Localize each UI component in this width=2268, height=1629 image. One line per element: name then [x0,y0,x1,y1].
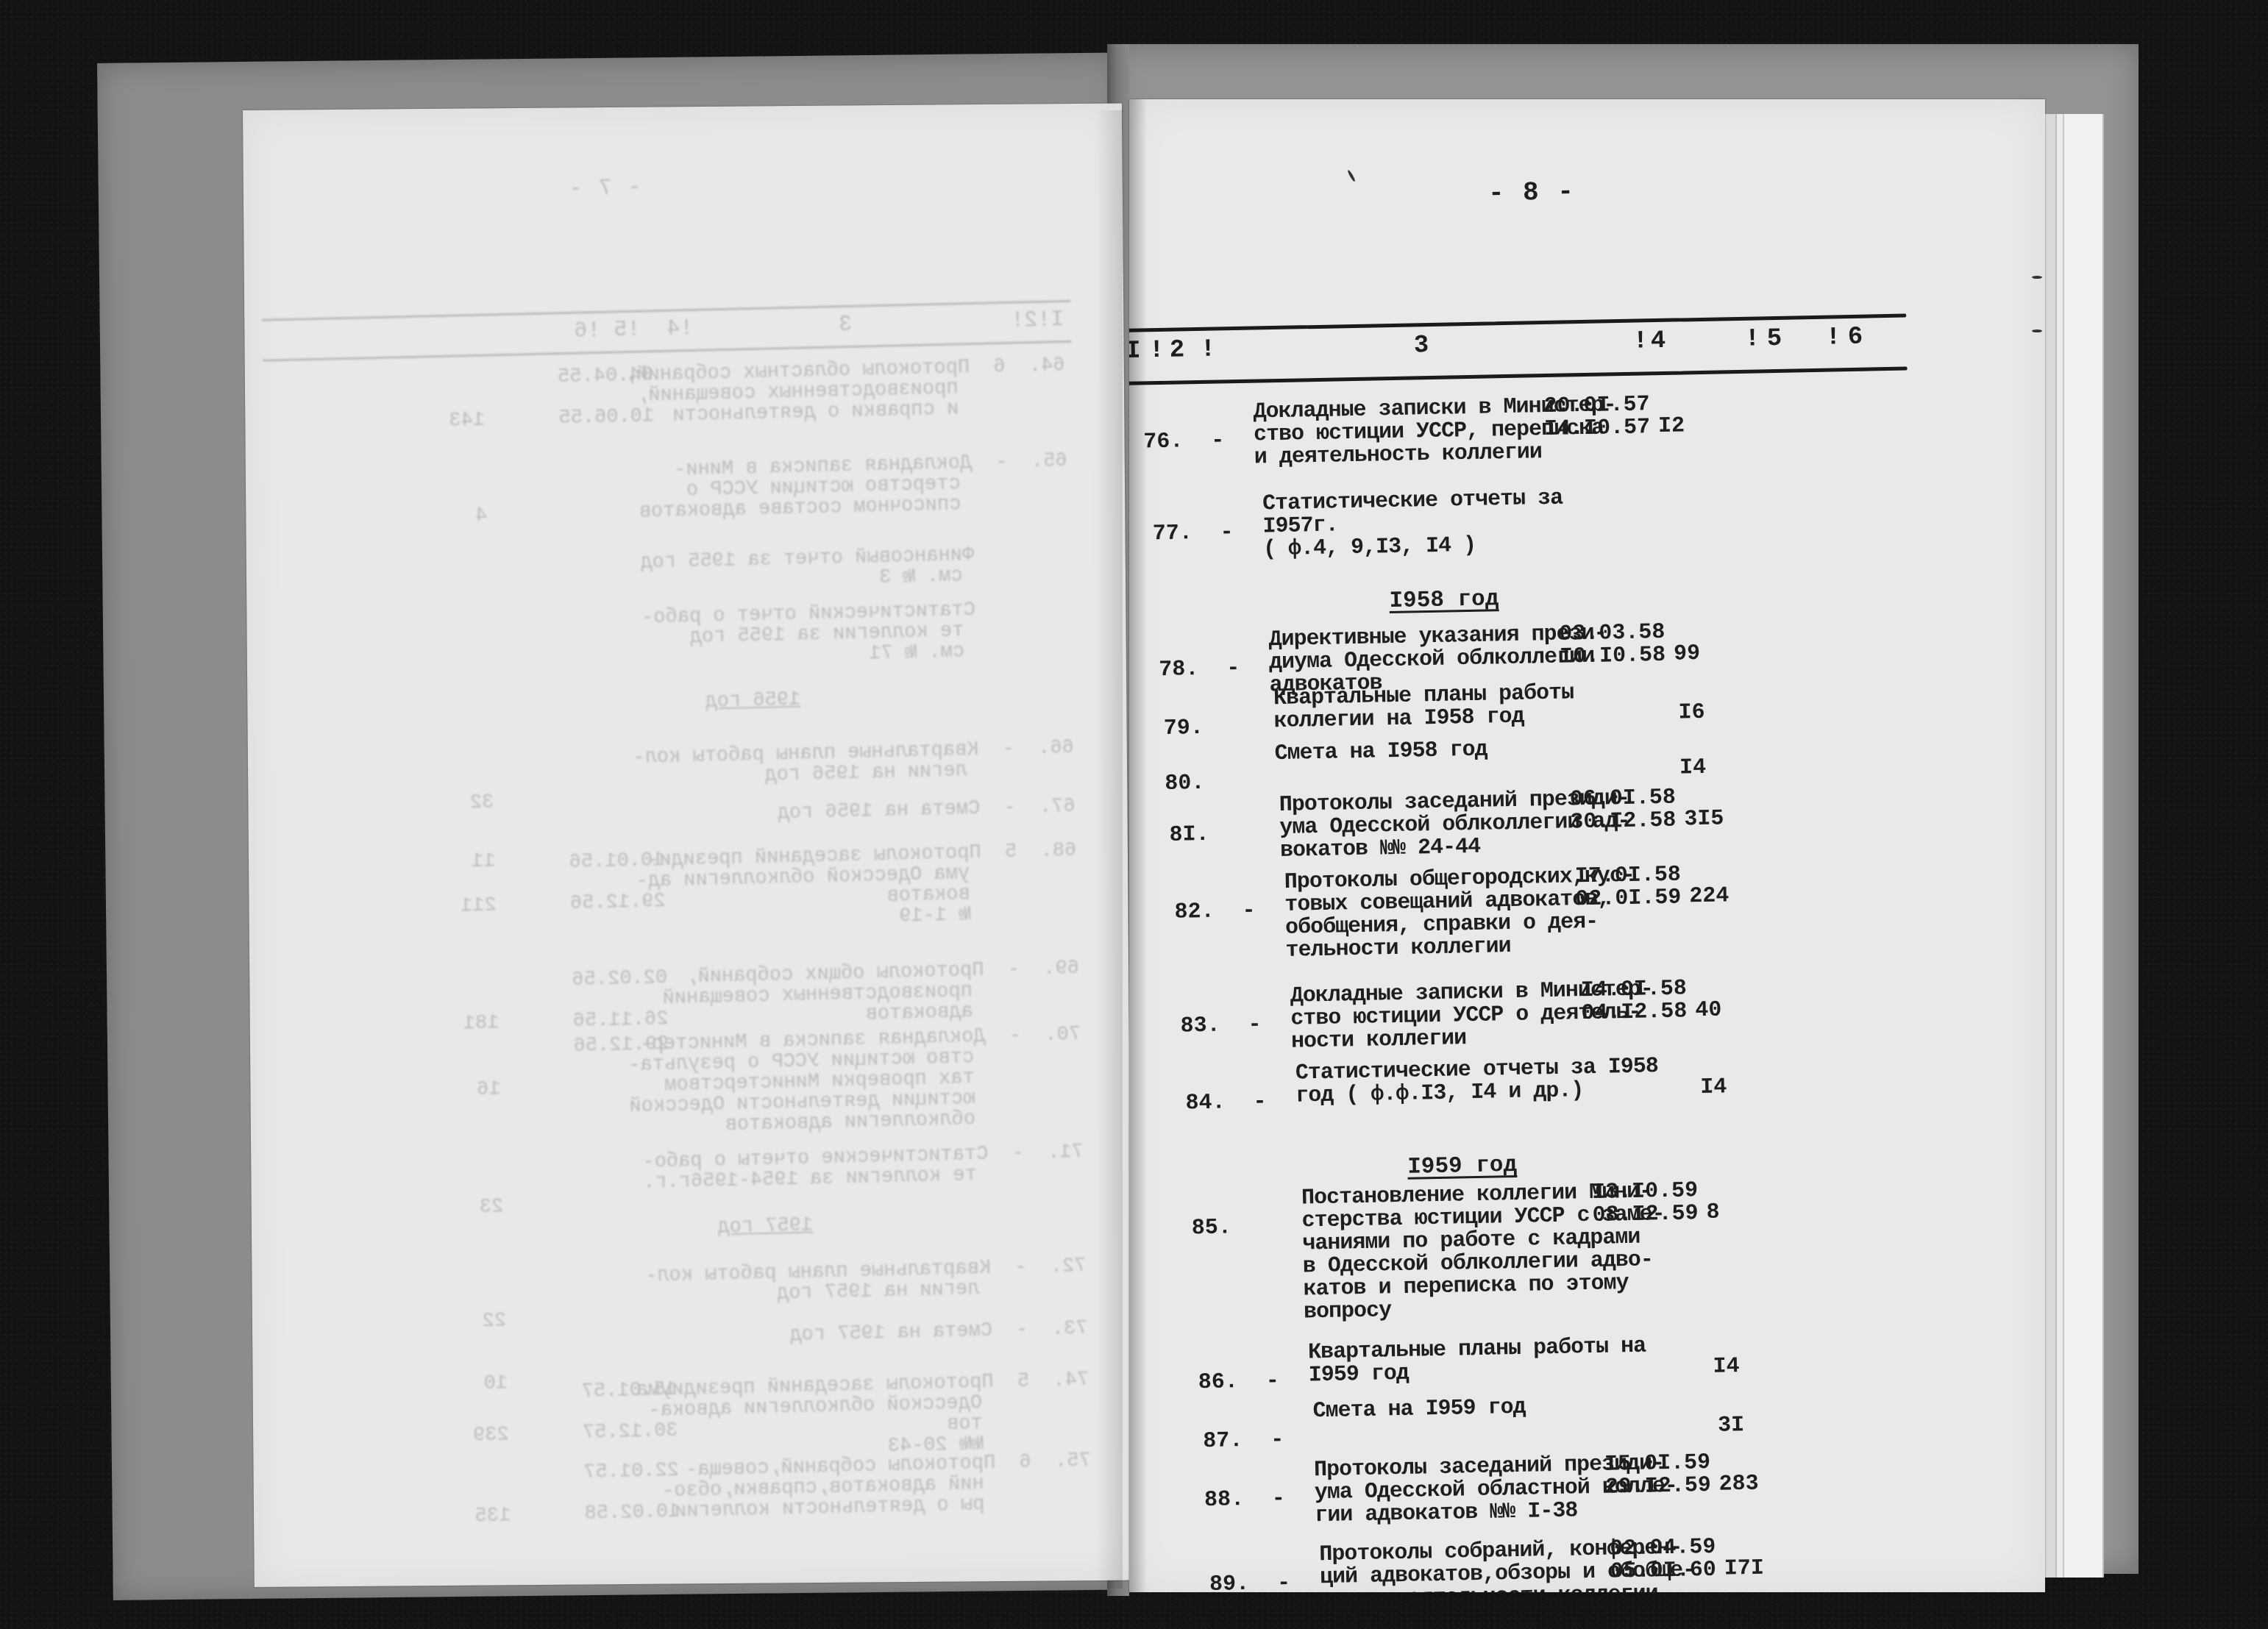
inventory-row: 75. 6 Протоколы собраний,совеща- ний адв… [661,1451,1092,1523]
column-separator: ! [1201,336,1216,364]
item-sheet-count: 22 [482,1311,506,1332]
header-rule-top [1129,314,1906,333]
left-page: - 7 - I!2! 3 !4 !5 !6 64. 6 Протоколы об… [243,104,1134,1587]
item-sheet-count: 181 [463,1013,500,1034]
item-sheet-count: 135 [474,1505,511,1527]
page-edges [2045,114,2104,1578]
item-number: 89. [1209,1573,1250,1592]
item-sheet-count: I4 [1679,757,1707,780]
item-text: 73. - Смета на 1957 год [789,1319,1088,1347]
item-dates: 20.0I.57 I4.I0.57 [1543,393,1650,441]
item-dates: I4.0I.58 04.I2.58 [1580,977,1687,1025]
item-dates: 29.12.56 [573,1034,669,1057]
item-sheet-count: 99 [1674,643,1701,666]
paper-mark [2032,276,2042,279]
inventory-row: Статистический отчет о рабо- те коллегии… [641,598,1072,670]
item-text: Финансовый отчет за 1955 год см. № 3 [640,543,1070,594]
item-dates: 02.04.59 05.0I.60 [1610,1536,1716,1584]
year-heading: I959 год [1407,1152,1517,1180]
item-sheet-count: 283 [1718,1473,1759,1497]
item-title: Смета на I958 год [1274,739,1487,766]
left-page-number: - 7 - [567,176,641,202]
item-sheet-count: 16 [477,1079,501,1100]
item-dates: 10.01.56 29.12.56 [569,850,666,914]
item-title: Статистические отчеты за I957г. ( ф.4, 9… [1262,488,1564,562]
column-separator: ! [1632,327,1648,355]
inventory-row: 64. 6 Протоколы областных собраний, прои… [624,355,1066,427]
item-sheet-count: 10 [483,1373,508,1394]
item-title: Квартальные планы работы коллегии на I95… [1273,682,1574,733]
inventory-row: 74. 5 Протоколы заседаний президиума Оде… [636,1370,1090,1463]
item-number: 79. [1164,717,1204,741]
inventory-row: 73. - Смета на 1957 год10 [789,1319,1088,1347]
item-text: 71. - Статистические отчеты о рабо- те к… [642,1142,1084,1194]
item-number: 76. [1143,430,1184,454]
item-text: 66. - Квартальные планы работы кол- леги… [633,738,1075,789]
item-text: 65. - Докладная записка в Мини- стерство… [638,451,1068,523]
column-separator: ! [1825,324,1841,352]
item-text: Статистический отчет о рабо- те коллегии… [641,598,1072,670]
inventory-row: 65. - Докладная записка в Мини- стерство… [638,451,1068,523]
column-header-5: 5 [1766,325,1782,353]
item-sheet-count: I7I [1724,1558,1765,1581]
inventory-row: 71. - Статистические отчеты о рабо- те к… [642,1142,1084,1194]
item-sheet-count: 143 [449,410,485,432]
item-number: 8I. [1169,824,1209,847]
item-sheet-count: 4 [475,506,488,527]
item-title: Смета на I959 год [1312,1397,1526,1424]
item-mark: - [1242,900,1256,923]
item-number: 88. [1204,1489,1245,1512]
gutter-shadow-right [1129,99,1147,1592]
paper-mark [2032,329,2042,332]
item-sheet-count: 23 [480,1197,504,1218]
column-header-4: 4 [1650,327,1666,355]
column-header-2: 2 [1170,336,1185,364]
item-title: Статистические отчеты за I958 год ( ф.ф.… [1295,1055,1659,1108]
column-separator: ! [1149,337,1165,365]
item-text: 64. 6 Протоколы областных собраний, прои… [624,355,1066,427]
inventory-entries: 76.-Докладные записки в Министер- ство ю… [1129,99,2030,108]
page-number: - 8 - [1488,177,1576,208]
item-mark: - [1270,1429,1284,1452]
item-number: 86. [1198,1371,1239,1394]
item-text: 67. - Смета на 1956 год [777,796,1076,824]
item-sheet-count: I6 [1678,702,1705,725]
item-sheet-count: I4 [1700,1076,1727,1099]
inventory-row: Финансовый отчет за 1955 год см. № 3 [640,543,1070,594]
inventory-row: 68. 5 Протоколы заседаний президи- ума О… [636,841,1078,933]
right-page: - 8 - I ! 2 ! 3 ! 4 ! 5 ! 6 76.-Докладны… [1129,99,2045,1592]
item-number: 78. [1159,658,1199,682]
right-page-content: - 8 - I ! 2 ! 3 ! 4 ! 5 ! 6 76.-Докладны… [1129,99,2045,1592]
item-text: 68. 5 Протоколы заседаний президи- ума О… [636,841,1078,933]
item-text: 75. 6 Протоколы собраний,совеща- ний адв… [661,1451,1092,1523]
item-text: 70. - Докладная записка в Министер- ство… [628,1024,1083,1138]
left-page-bleedthrough: - 7 - I!2! 3 !4 !5 !6 64. 6 Протоколы об… [243,104,1134,1587]
item-sheet-count: I4 [1713,1355,1740,1379]
item-sheet-count: 8 [1706,1202,1720,1225]
item-dates: 03.03.58 I0.I0.58 [1559,621,1666,669]
item-number: 87. [1203,1430,1243,1453]
header-rule-bottom [1129,367,1908,386]
item-text: 72. - Квартальные планы работы кол- леги… [645,1256,1087,1308]
inventory-row: 69. - Протоколы общих собраний, производ… [662,958,1081,1030]
item-dates: I7.0I.58 02.0I.59 [1575,864,1682,912]
inventory-row: 72. - Квартальные планы работы кол- леги… [645,1256,1087,1308]
item-dates: I5.0I.59 29.I2.59 [1604,1452,1711,1500]
item-text: 69. - Протоколы общих собраний, производ… [662,958,1081,1030]
item-mark: - [1248,1014,1262,1037]
item-mark: - [1253,1091,1267,1113]
item-number: 84. [1185,1092,1226,1116]
year-heading: 1956 год [705,689,800,713]
item-sheet-count: 211 [461,895,497,916]
item-sheet-count: 239 [473,1425,509,1446]
column-header-3: 3 [1414,332,1429,360]
item-sheet-count: 3I [1718,1414,1745,1438]
item-text: 74. 5 Протоколы заседаний президиума Оде… [636,1370,1090,1463]
item-dates: 06.0I.58 30.I2.58 [1570,787,1677,835]
inventory-row: 67. - Смета на 1956 год11 [777,796,1076,824]
column-header-6: 6 [1847,324,1863,352]
item-mark: - [1272,1488,1286,1511]
item-number: 77. [1152,522,1192,546]
item-mark: - [1211,429,1225,452]
inventory-row: 70. - Докладная записка в Министер- ство… [628,1024,1083,1138]
item-dates: 22.01.57 10.02.58 [583,1461,680,1525]
item-mark: - [1266,1370,1280,1393]
item-mark: - [1220,521,1234,544]
inventory-row: 66. - Квартальные планы работы кол- леги… [633,738,1075,789]
column-headers: I!2! 3 !4 !5 !6 [574,307,1064,344]
item-dates: 04.04.55 10.06.55 [558,365,655,429]
item-title: Квартальные планы работы на I959 год [1308,1336,1646,1388]
item-sheet-count: 32 [470,792,494,813]
item-sheet-count: 3I5 [1684,808,1724,831]
item-dates: 02.02.56 26.11.56 [572,968,669,1032]
item-mark: - [1277,1572,1291,1592]
year-heading: 1957 год [717,1214,813,1238]
item-dates: I3.I0.59 08.I2.59 [1592,1180,1699,1227]
year-heading: I958 год [1389,586,1499,614]
item-sheet-count: 224 [1689,885,1730,908]
item-mark: - [1226,657,1240,680]
column-separator: ! [1744,325,1760,353]
item-number: 85. [1192,1216,1232,1240]
item-sheet-count: I2 [1658,415,1685,438]
item-number: 80. [1165,772,1205,796]
item-dates: 15.01.57 30.12.57 [581,1380,678,1444]
item-sheet-count: 11 [472,851,496,872]
gutter-shadow-left [1096,110,1123,1589]
item-sheet-count: 40 [1695,999,1722,1023]
item-number: 82. [1174,901,1215,924]
item-number: 83. [1180,1015,1220,1038]
